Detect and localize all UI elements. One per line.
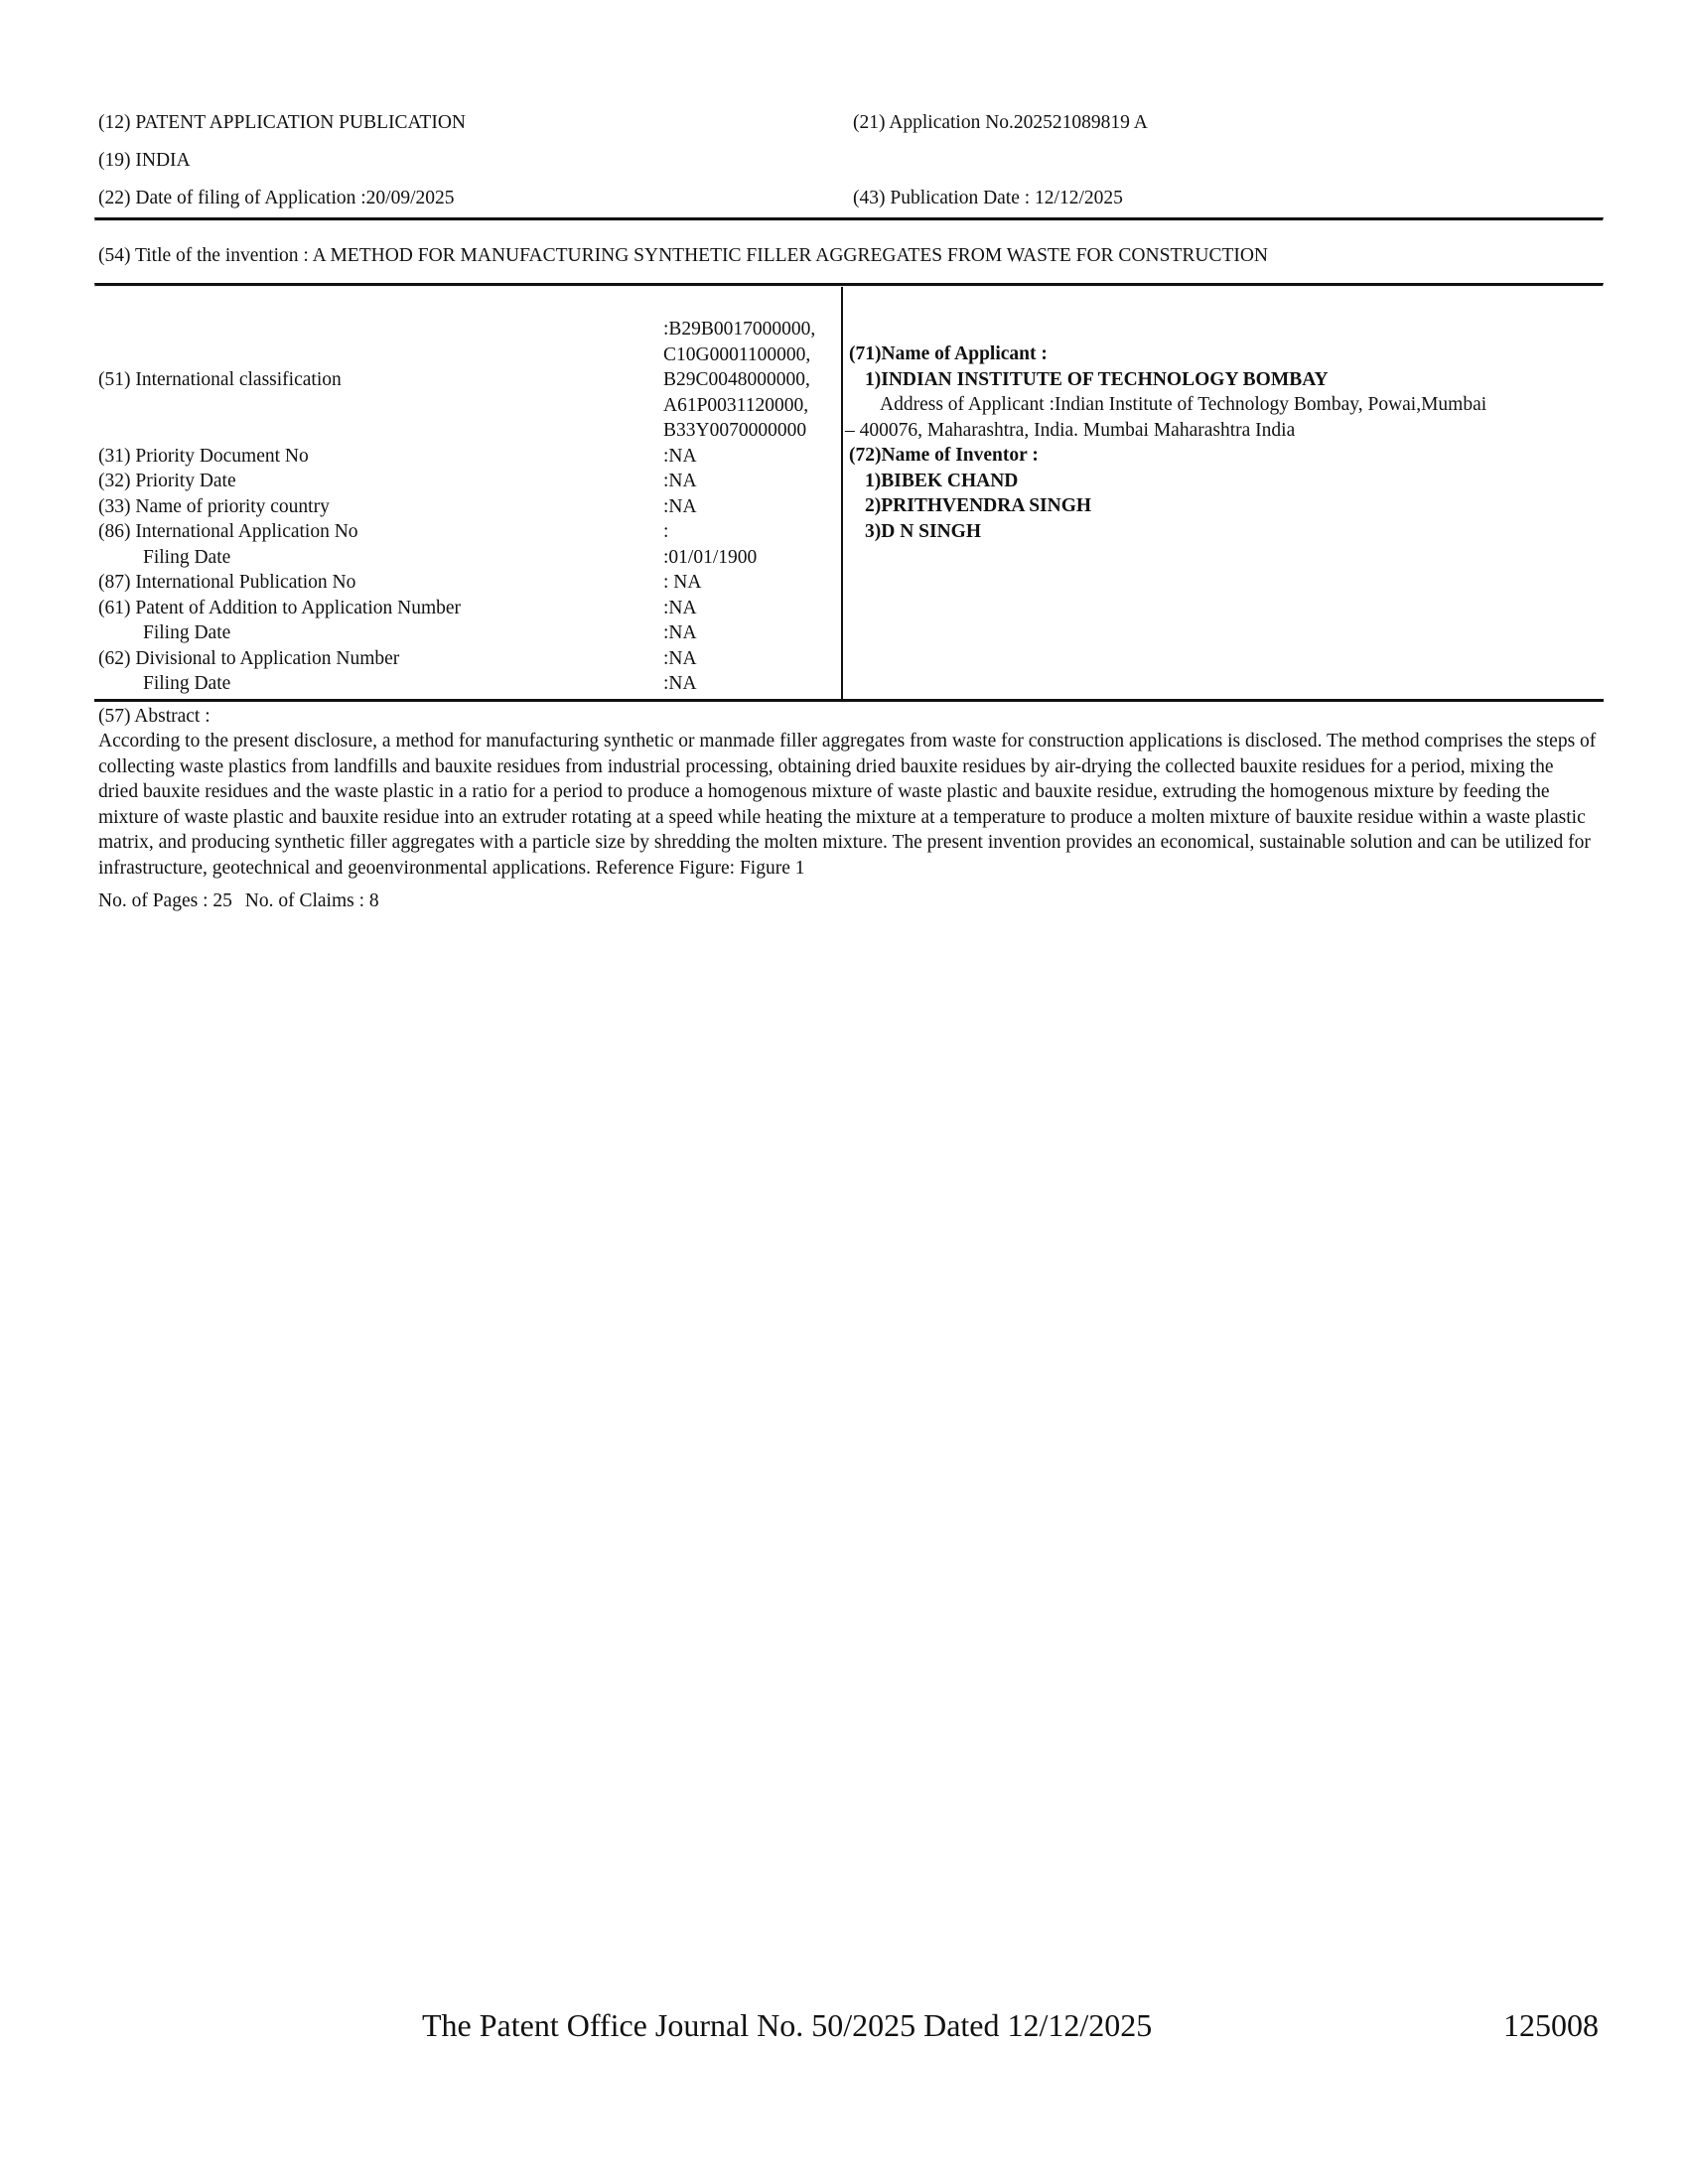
header-row-1: (12) PATENT APPLICATION PUBLICATION (21)… (94, 104, 1604, 142)
applicant-address-line2: – 400076, Maharashtra, India. Mumbai Mah… (843, 418, 1604, 444)
journal-reference: The Patent Office Journal No. 50/2025 Da… (422, 2007, 1152, 2044)
bibliographic-row: (86) International Application No: (94, 519, 841, 545)
international-classification: (51) International classification :B29B0… (94, 317, 841, 444)
inventor-name: 2)PRITHVENDRA SINGH (843, 493, 1604, 519)
invention-title: (54) Title of the invention : A METHOD F… (94, 221, 1604, 283)
bibliographic-right-column: (71)Name of Applicant : 1)INDIAN INSTITU… (843, 287, 1604, 699)
applicant-address-line1: Address of Applicant :Indian Institute o… (843, 392, 1604, 418)
bibliographic-row: (33) Name of priority country:NA (94, 494, 841, 520)
country: (19) INDIA (94, 148, 853, 174)
classification-code: B29C0048000000, (663, 367, 841, 393)
bibliographic-row-value: :NA (663, 646, 841, 672)
filing-date: (22) Date of filing of Application :20/0… (94, 186, 853, 211)
classification-label: (51) International classification (94, 367, 663, 393)
journal-footer: The Patent Office Journal No. 50/2025 Da… (422, 2007, 1599, 2044)
bibliographic-row-value: :01/01/1900 (663, 545, 841, 571)
classification-code: C10G0001100000, (663, 342, 841, 368)
header-row-3: (22) Date of filing of Application :20/0… (94, 180, 1604, 217)
page-claim-counts: No. of Pages : 25 No. of Claims : 8 (98, 888, 1604, 914)
number-of-pages: No. of Pages : 25 (98, 890, 232, 911)
patent-publication-page: (12) PATENT APPLICATION PUBLICATION (21)… (94, 104, 1604, 914)
inventor-name: 1)BIBEK CHAND (843, 469, 1604, 494)
bibliographic-row-label: (31) Priority Document No (94, 444, 663, 470)
publication-type: (12) PATENT APPLICATION PUBLICATION (94, 110, 853, 136)
bibliographic-table: (51) International classification :B29B0… (94, 287, 1604, 702)
bibliographic-row-value: :NA (663, 596, 841, 621)
inventor-name: 3)D N SINGH (843, 519, 1604, 545)
inventor-heading: (72)Name of Inventor : (843, 443, 1604, 469)
bibliographic-row-label: (86) International Application No (94, 519, 663, 545)
applicant-heading: (71)Name of Applicant : (843, 341, 1604, 367)
bibliographic-row: Filing Date:NA (94, 620, 841, 646)
abstract-text: According to the present disclosure, a m… (98, 729, 1598, 881)
bibliographic-row: (87) International Publication No: NA (94, 570, 841, 596)
bibliographic-row: Filing Date:NA (94, 671, 841, 697)
abstract-section: (57) Abstract : According to the present… (94, 702, 1604, 914)
bibliographic-left-column: (51) International classification :B29B0… (94, 287, 843, 699)
number-of-claims: No. of Claims : 8 (245, 890, 379, 911)
classification-codes: :B29B0017000000, C10G0001100000, B29C004… (663, 317, 841, 444)
bibliographic-row-label: Filing Date (94, 620, 663, 646)
application-number: (21) Application No.202521089819 A (853, 110, 1604, 136)
abstract-heading: (57) Abstract : (98, 704, 1604, 730)
bibliographic-row-label: (61) Patent of Addition to Application N… (94, 596, 663, 621)
bibliographic-row: Filing Date:01/01/1900 (94, 545, 841, 571)
bibliographic-row-label: (33) Name of priority country (94, 494, 663, 520)
journal-page-number: 125008 (1503, 2007, 1599, 2044)
bibliographic-rows: (31) Priority Document No:NA(32) Priorit… (94, 444, 841, 697)
header-row-2: (19) INDIA (94, 142, 1604, 180)
classification-code: A61P0031120000, (663, 393, 841, 419)
classification-code: B33Y0070000000 (663, 418, 841, 444)
bibliographic-row: (31) Priority Document No:NA (94, 444, 841, 470)
bibliographic-row: (61) Patent of Addition to Application N… (94, 596, 841, 621)
bibliographic-row-label: (32) Priority Date (94, 469, 663, 494)
bibliographic-row-label: Filing Date (94, 671, 663, 697)
bibliographic-row-value: :NA (663, 444, 841, 470)
bibliographic-row-value: :NA (663, 494, 841, 520)
applicant-name: 1)INDIAN INSTITUTE OF TECHNOLOGY BOMBAY (843, 367, 1604, 393)
bibliographic-row-label: Filing Date (94, 545, 663, 571)
bibliographic-row-value: :NA (663, 620, 841, 646)
bibliographic-row-value: :NA (663, 671, 841, 697)
publication-date: (43) Publication Date : 12/12/2025 (853, 186, 1604, 211)
classification-code: :B29B0017000000, (663, 317, 841, 342)
bibliographic-row: (32) Priority Date:NA (94, 469, 841, 494)
bibliographic-row-value: : NA (663, 570, 841, 596)
bibliographic-row: (62) Divisional to Application Number:NA (94, 646, 841, 672)
bibliographic-row-value: :NA (663, 469, 841, 494)
bibliographic-row-label: (62) Divisional to Application Number (94, 646, 663, 672)
bibliographic-row-label: (87) International Publication No (94, 570, 663, 596)
bibliographic-row-value: : (663, 519, 841, 545)
